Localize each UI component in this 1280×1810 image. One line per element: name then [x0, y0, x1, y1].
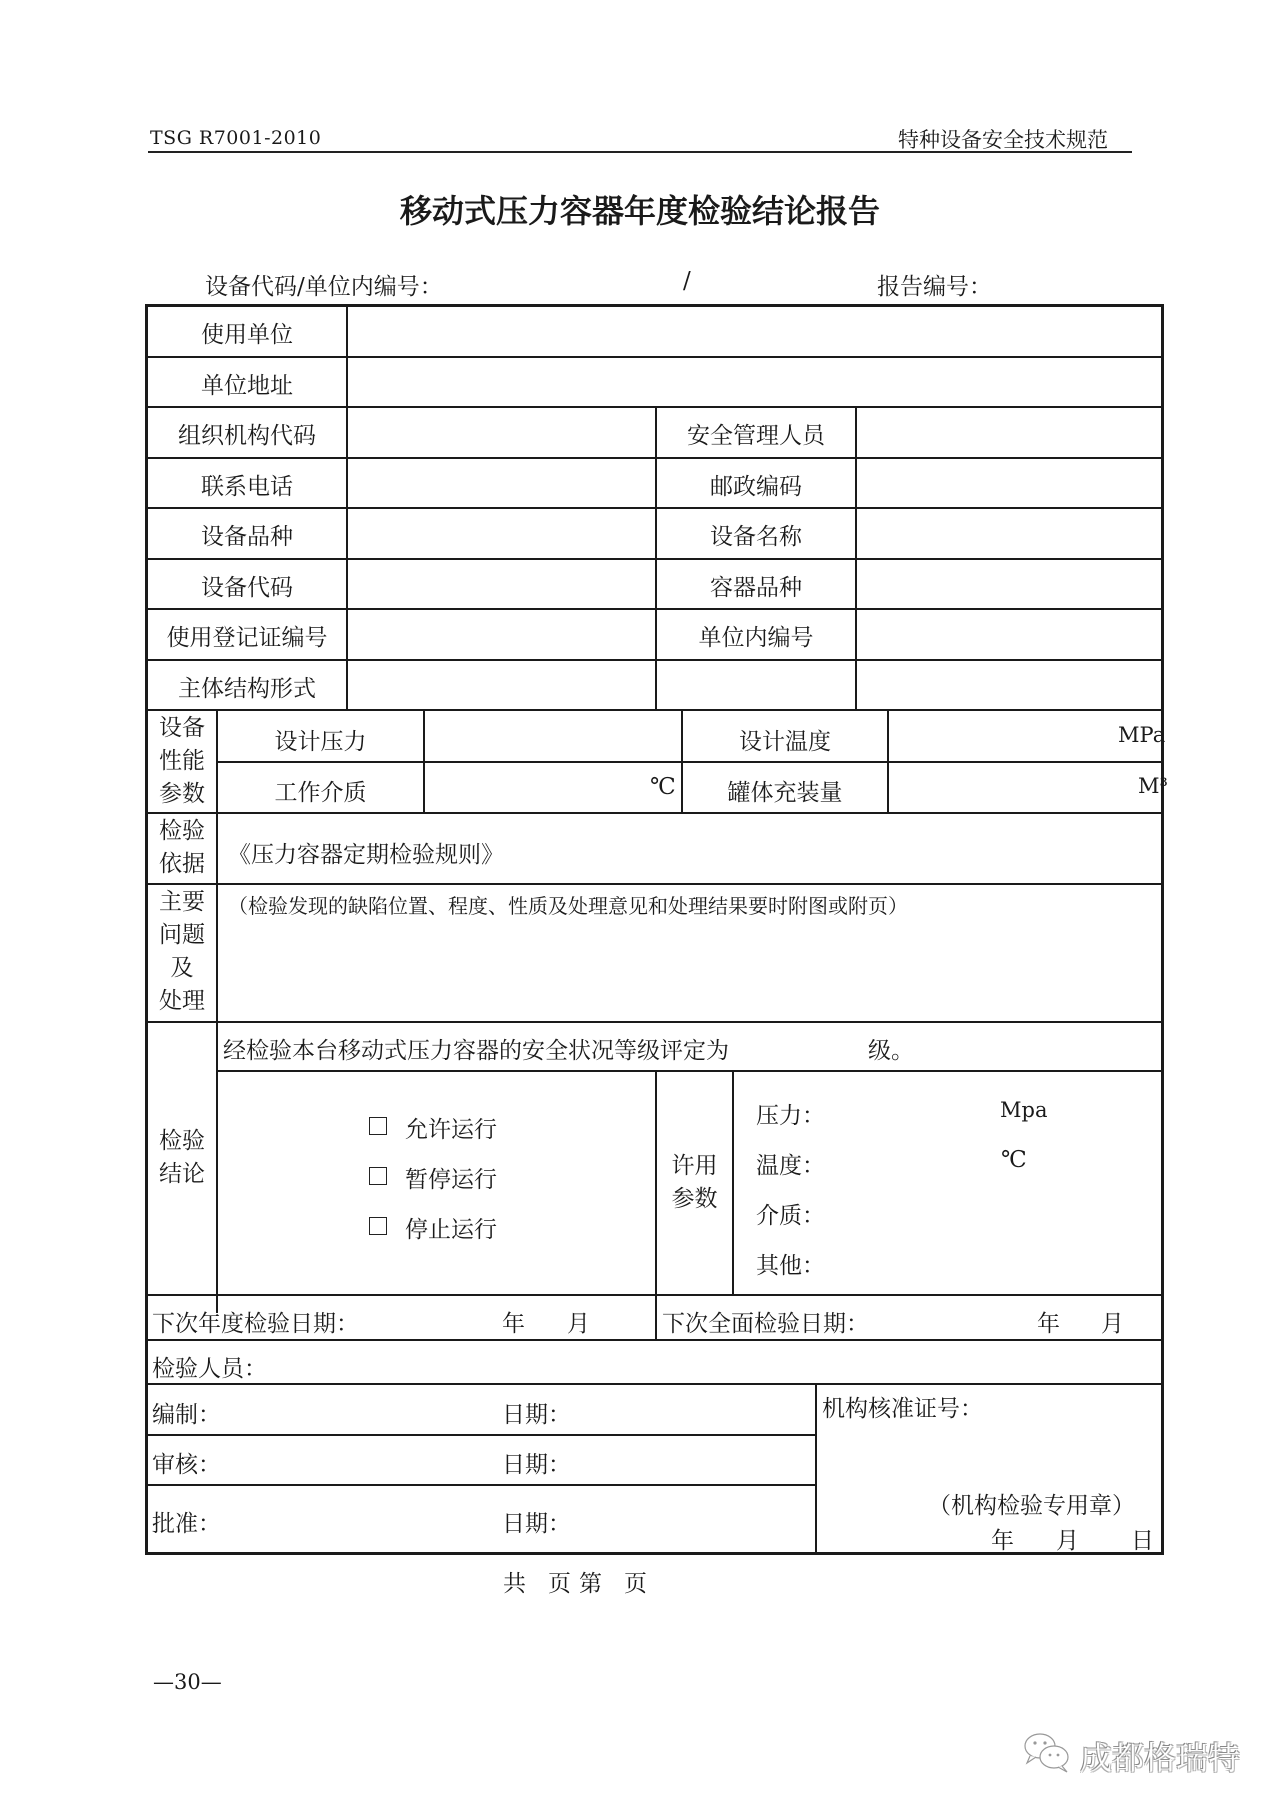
- safety-grade-suffix: 级。: [868, 1032, 914, 1065]
- label-postal-code: 邮政编码: [657, 468, 855, 501]
- label-compiled-by: 编制：: [152, 1396, 221, 1429]
- unit-celsius: ℃: [650, 774, 676, 800]
- issues-hint: （检验发现的缺陷位置、程度、性质及处理意见和处理结果要时附图或附页）: [228, 890, 908, 919]
- page-title: 移动式压力容器年度检验结论报告: [0, 186, 1280, 232]
- row-line: [145, 812, 1164, 814]
- safety-manager-field[interactable]: [857, 408, 1161, 457]
- checkbox-allow-operation[interactable]: [369, 1117, 387, 1135]
- basis-section-label: 检验 依据: [148, 815, 216, 881]
- label-reviewed-date: 日期：: [502, 1446, 571, 1479]
- issues-section-label: 主要 问题 及 处理: [148, 886, 216, 1018]
- row-line: [145, 1339, 1164, 1341]
- seal-day-unit: 日: [1131, 1522, 1154, 1555]
- header-divider: [148, 151, 1132, 153]
- label-internal-no: 单位内编号: [657, 619, 855, 652]
- device-code-label: 设备代码/单位内编号：: [205, 268, 443, 301]
- label-next-full-inspection: 下次全面检验日期：: [662, 1305, 869, 1338]
- issues-field[interactable]: [218, 920, 1161, 1020]
- full-month-unit: 月: [1101, 1305, 1124, 1338]
- tank-fill-volume-field[interactable]: [889, 763, 1161, 812]
- param-temperature-label: 温度：: [756, 1147, 825, 1180]
- standard-code: TSG R7001-2010: [150, 127, 321, 149]
- row-line: [145, 1021, 1164, 1023]
- row-line: [145, 1434, 816, 1436]
- row-line: [145, 1383, 1164, 1385]
- safety-grade-statement: 经检验本台移动式压力容器的安全状况等级评定为: [223, 1032, 729, 1065]
- param-medium-label: 介质：: [756, 1197, 825, 1230]
- label-equipment-name: 设备名称: [657, 518, 855, 551]
- label-unit-address: 单位地址: [148, 367, 346, 400]
- label-vessel-variety: 容器品种: [657, 569, 855, 602]
- row-line: [217, 1070, 1164, 1072]
- row-line: [145, 883, 1164, 885]
- label-reviewed-by: 审核：: [152, 1446, 221, 1479]
- table-border-right: [1161, 304, 1164, 1555]
- device-code-separator: /: [683, 268, 691, 294]
- working-medium-field[interactable]: [425, 763, 681, 812]
- registration-no-field[interactable]: [348, 610, 655, 659]
- annual-year-unit: 年: [502, 1305, 525, 1338]
- label-approved-date: 日期：: [502, 1505, 571, 1538]
- page-count: 共页第页: [503, 1565, 647, 1598]
- equipment-name-field[interactable]: [857, 509, 1161, 558]
- label-org-code: 组织机构代码: [148, 417, 346, 450]
- internal-no-field[interactable]: [857, 610, 1161, 659]
- design-pressure-field[interactable]: [425, 711, 681, 761]
- vessel-variety-field[interactable]: [857, 560, 1161, 608]
- user-unit-field[interactable]: [348, 307, 1161, 356]
- structure-form-field[interactable]: [348, 661, 655, 709]
- label-design-temperature: 设计温度: [683, 723, 887, 756]
- org-code-field[interactable]: [348, 408, 655, 457]
- col-line: [815, 1383, 817, 1553]
- unit-address-field[interactable]: [348, 358, 1161, 406]
- label-approved-by: 批准：: [152, 1505, 221, 1538]
- equipment-code-field[interactable]: [348, 560, 655, 608]
- seal-year-unit: 年: [991, 1522, 1014, 1555]
- basis-regulation: 《压力容器定期检验规则》: [228, 836, 504, 869]
- param-pressure-label: 压力：: [756, 1097, 825, 1130]
- conclusion-section-label: 检验 结论: [148, 1125, 216, 1191]
- label-phone: 联系电话: [148, 468, 346, 501]
- label-working-medium: 工作介质: [218, 774, 423, 807]
- label-equipment-code: 设备代码: [148, 569, 346, 602]
- label-structure-form: 主体结构形式: [148, 670, 346, 703]
- label-compiled-date: 日期：: [502, 1396, 571, 1429]
- spec-category: 特种设备安全技术规范: [898, 124, 1108, 154]
- param-temperature-unit: ℃: [1001, 1147, 1027, 1173]
- label-registration-no: 使用登记证编号: [148, 619, 346, 652]
- label-approval-certificate: 机构核准证号：: [822, 1390, 983, 1423]
- label-user-unit: 使用单位: [148, 316, 346, 349]
- watermark-text: 成都格瑞特: [1080, 1733, 1240, 1779]
- wechat-icon: [1022, 1730, 1072, 1774]
- equipment-variety-field[interactable]: [348, 509, 655, 558]
- report-number-label: 报告编号：: [877, 268, 992, 301]
- option-allow-operation: 允许运行: [405, 1111, 497, 1144]
- option-stop-operation: 停止运行: [405, 1211, 497, 1244]
- param-pressure-unit: Mpa: [1000, 1098, 1047, 1122]
- param-other-label: 其他：: [756, 1247, 825, 1280]
- checkbox-suspend-operation[interactable]: [369, 1167, 387, 1185]
- phone-field[interactable]: [348, 459, 655, 507]
- label-inspectors: 检验人员：: [152, 1350, 267, 1383]
- label-safety-manager: 安全管理人员: [657, 417, 855, 450]
- unit-mpa: MPa: [1118, 723, 1165, 747]
- col-line: [732, 1070, 734, 1295]
- inspection-seal-note: （机构检验专用章）: [928, 1487, 1135, 1520]
- annual-month-unit: 月: [567, 1305, 590, 1338]
- label-next-annual-inspection: 下次年度检验日期：: [152, 1305, 359, 1338]
- row-line: [145, 1484, 816, 1486]
- performance-section-label: 设备 性能 参数: [148, 712, 216, 811]
- col-line: [655, 406, 657, 710]
- unit-cubic-meter: M³: [1138, 774, 1168, 798]
- seal-month-unit: 月: [1056, 1522, 1079, 1555]
- allowed-params-label: 许用 参数: [657, 1150, 732, 1216]
- option-suspend-operation: 暂停运行: [405, 1161, 497, 1194]
- label-equipment-variety: 设备品种: [148, 518, 346, 551]
- full-year-unit: 年: [1037, 1305, 1060, 1338]
- label-design-pressure: 设计压力: [218, 723, 423, 756]
- safety-grade-field[interactable]: [795, 1026, 865, 1066]
- postal-code-field[interactable]: [857, 459, 1161, 507]
- page-number: —30—: [153, 1670, 222, 1694]
- checkbox-stop-operation[interactable]: [369, 1217, 387, 1235]
- label-tank-fill-volume: 罐体充装量: [683, 774, 887, 807]
